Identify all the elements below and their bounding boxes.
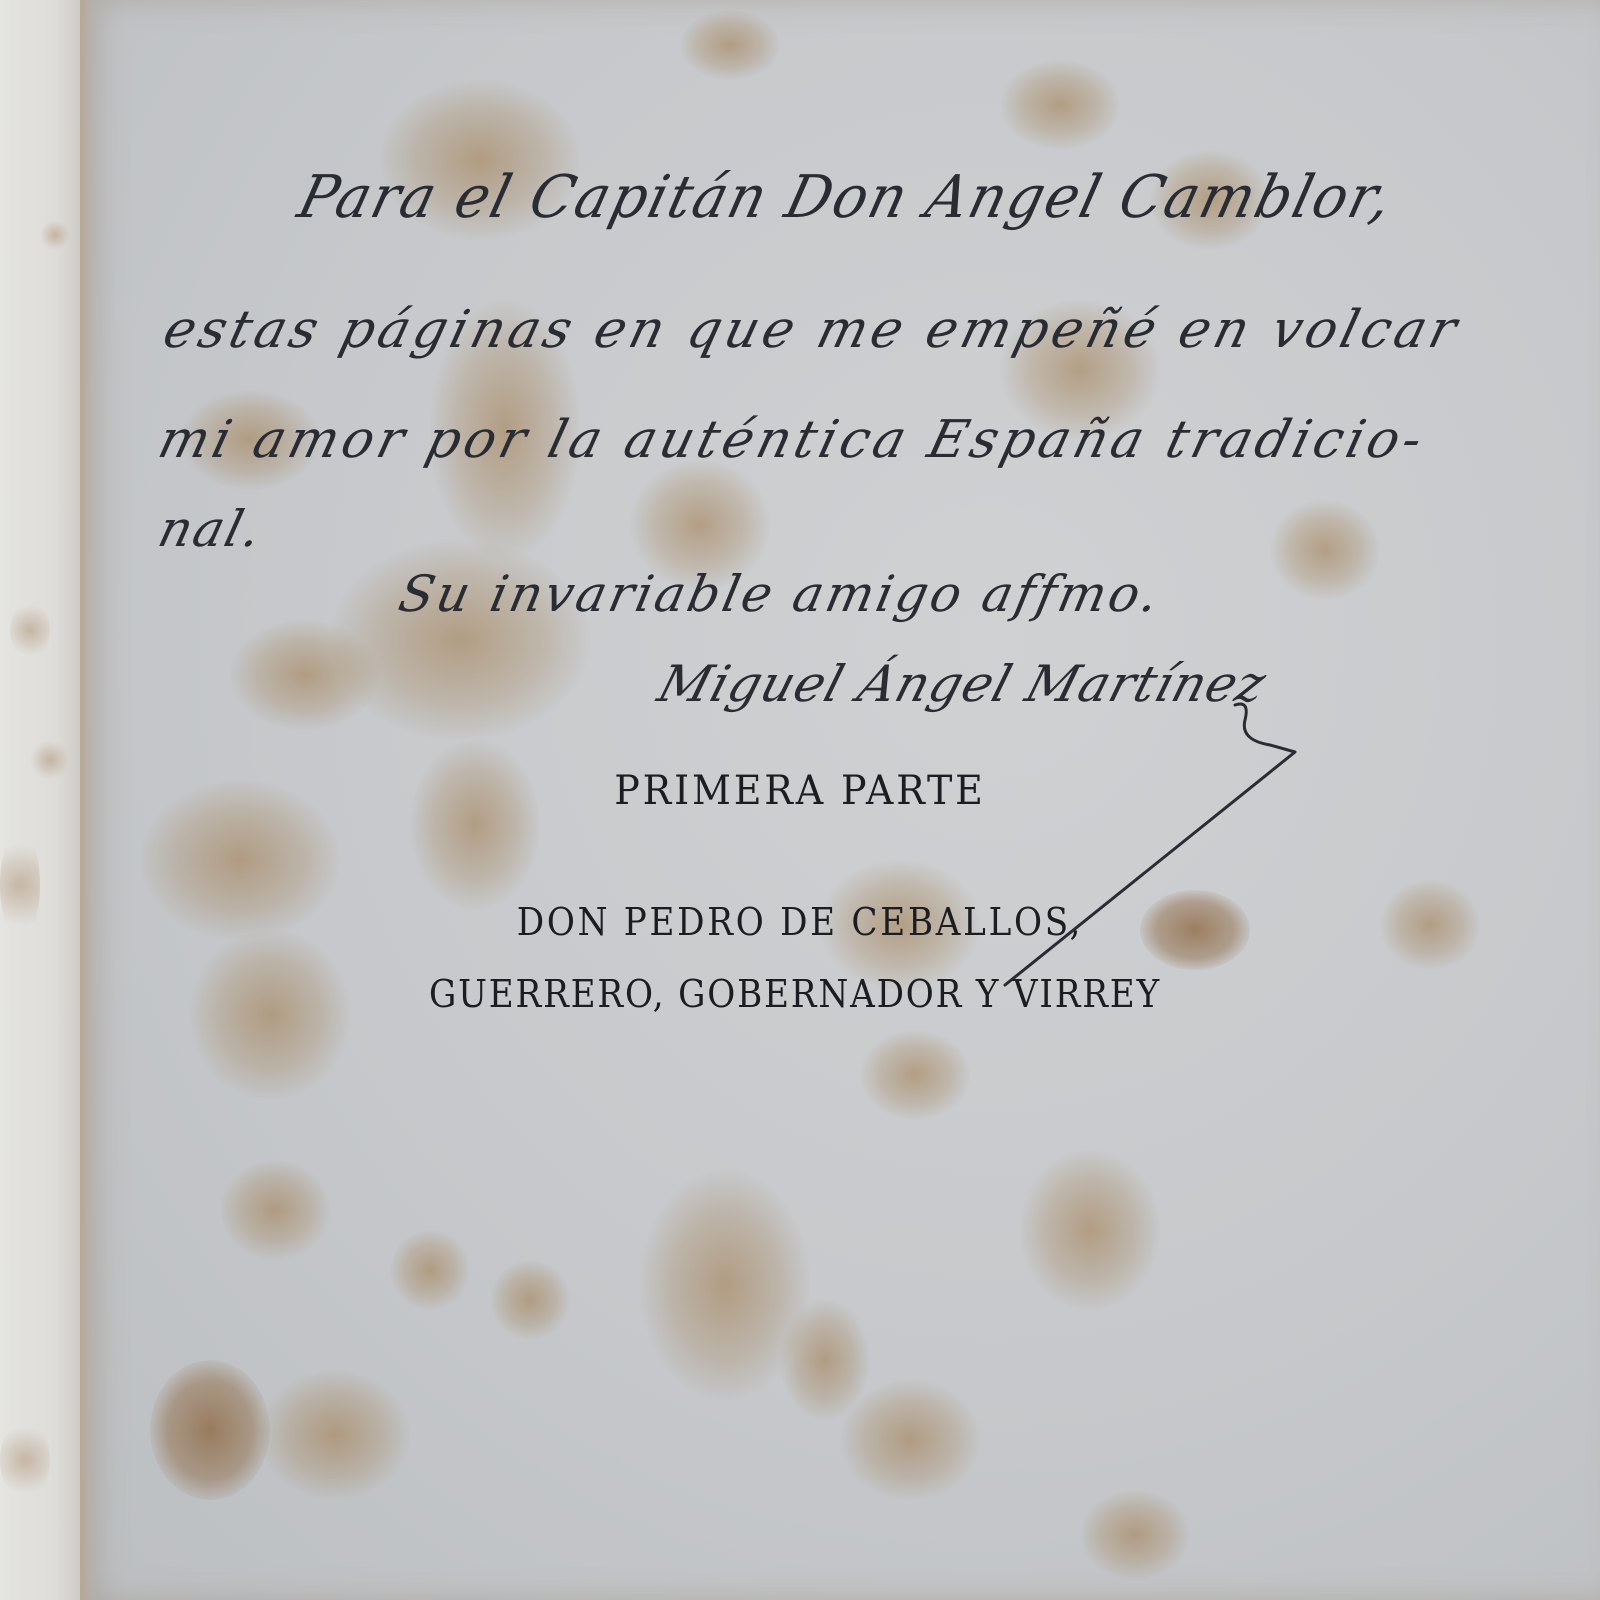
foxing-spot [0, 1420, 50, 1500]
foxing-spot [40, 220, 70, 250]
inscription-closing: Su invariable amigo affmo. [394, 565, 1167, 623]
inscription-line: Para el Capitán Don Angel Camblor, [291, 163, 1400, 231]
inscription-line: estas páginas en que me empeñé en volcar [158, 300, 1467, 360]
part-heading: PRIMERA PARTE [40, 768, 1560, 814]
inscription-line: nal. [153, 500, 269, 558]
chapter-title-line-2: GUERRERO, GOBERNADOR Y VIRREY [75, 972, 1515, 1016]
foxing-spot [0, 830, 40, 940]
foxing-spot [10, 600, 50, 660]
book-photo: Para el Capitán Don Angel Camblor, estas… [0, 0, 1600, 1600]
author-signature: Miguel Ángel Martínez [652, 655, 1273, 713]
inscription-line: mi amor por la auténtica España tradicio… [153, 410, 1433, 470]
chapter-title-line-1: DON PEDRO DE CEBALLOS, [80, 900, 1520, 944]
